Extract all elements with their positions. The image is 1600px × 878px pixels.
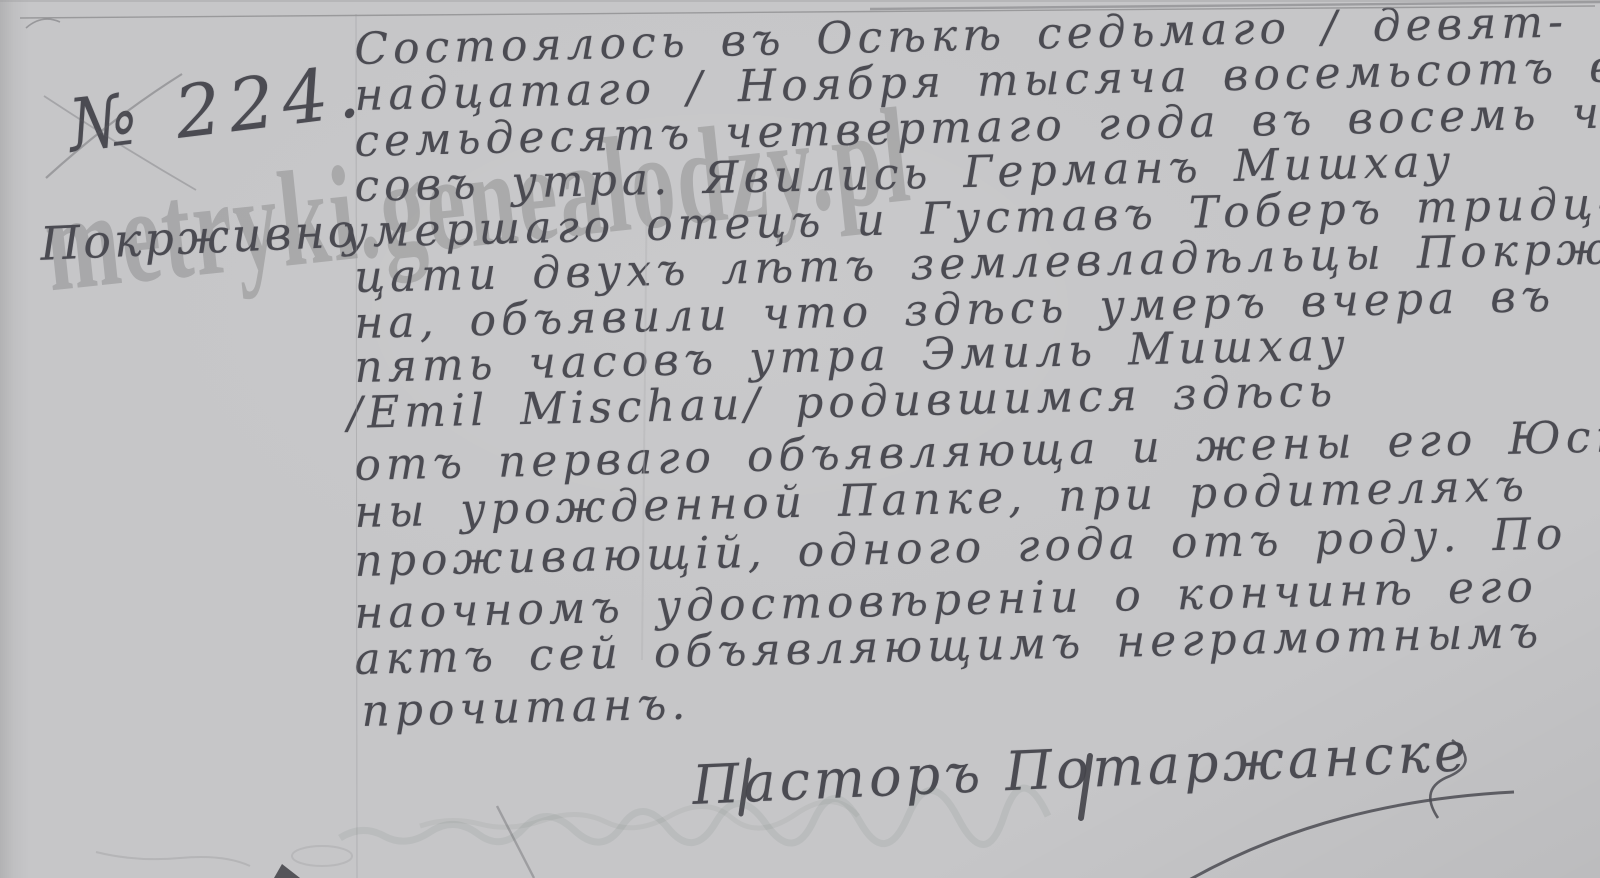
- bottom-left-ink-wedge: [274, 864, 300, 878]
- bottom-left-pencil-scribble: [96, 852, 250, 866]
- pastor-signature: Пасторъ Потаржанске: [691, 720, 1471, 817]
- scanned-death-record-page: metryki.genealodzy.pl № 224. Покрживно С…: [0, 0, 1600, 878]
- bottom-pencil-stroke: [497, 806, 534, 878]
- bleedthrough-oval: [292, 846, 352, 866]
- top-left-pen-curl: [26, 19, 60, 28]
- bottom-right-flourish-arc: [1182, 792, 1514, 878]
- body-line: прочитанъ.: [361, 679, 691, 737]
